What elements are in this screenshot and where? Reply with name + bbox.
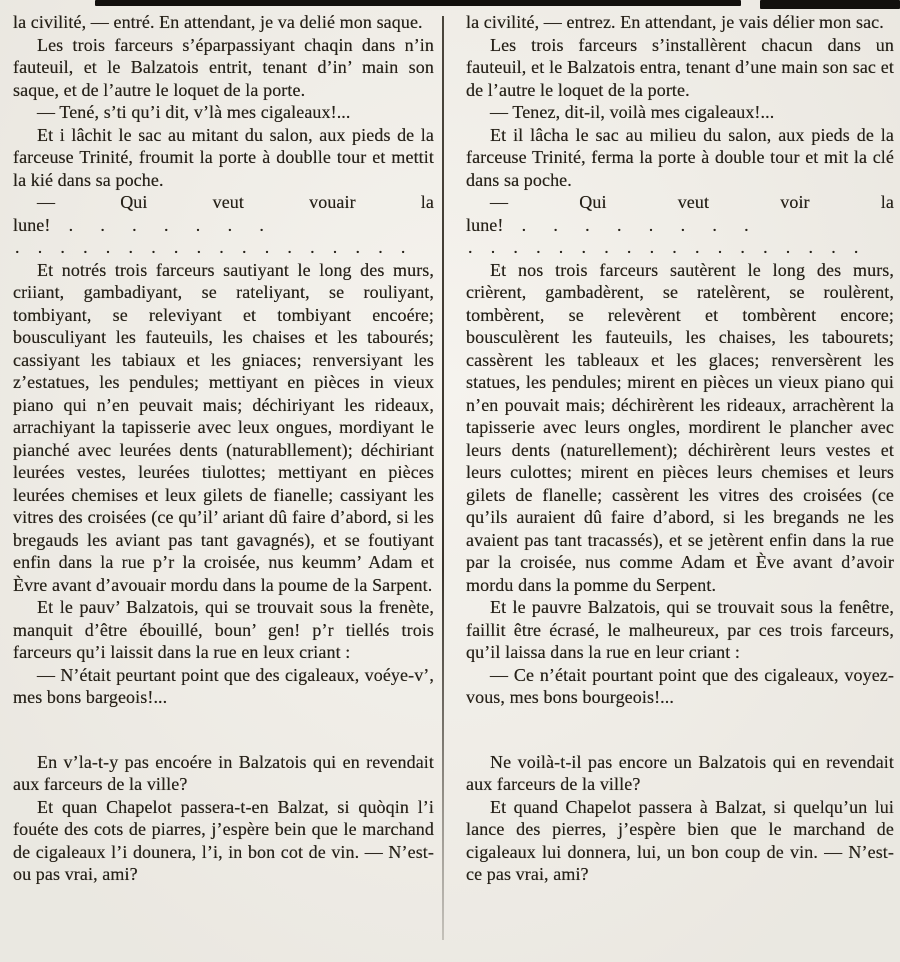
paragraph: Et nos trois farceurs sautèrent le long … xyxy=(466,259,894,597)
paragraph: Et i lâchit le sac au mitant du salon, a… xyxy=(13,124,434,192)
paragraph: — Qui veut vouair la lune! . . . . . . . xyxy=(13,191,434,236)
left-column: la civilité, — entré. En attendant, je v… xyxy=(13,11,434,886)
paragraph: Les trois farceurs s’éparpassiyant chaqi… xyxy=(13,34,434,102)
paragraph: Et le pauv’ Balzatois, qui se trouvait s… xyxy=(13,596,434,664)
paragraph: — Tenez, dit-il, voilà mes cigaleaux!... xyxy=(466,101,894,124)
paragraph: Et il lâcha le sac au milieu du salon, a… xyxy=(466,124,894,192)
page-top-ink-band xyxy=(95,0,741,6)
paragraph: En v’la-t-y pas encoére in Balzatois qui… xyxy=(13,751,434,796)
paragraph: — N’était peurtant point que des cigalea… xyxy=(13,664,434,709)
paragraph: — Ce n’était pourtant point que des ciga… xyxy=(466,664,894,709)
paragraph: Et quan Chapelot passera-t-en Balzat, si… xyxy=(13,796,434,886)
paragraph: Ne voilà-t-il pas encore un Balzatois qu… xyxy=(466,751,894,796)
paragraph: la civilité, — entré. En attendant, je v… xyxy=(13,11,434,34)
paragraph: la civilité, — entrez. En attendant, je … xyxy=(466,11,894,34)
page-top-ink-band xyxy=(760,0,900,9)
right-column: la civilité, — entrez. En attendant, je … xyxy=(466,11,894,886)
paragraph: Les trois farceurs s’installèrent chacun… xyxy=(466,34,894,102)
paragraph: Et quand Chapelot passera à Balzat, si q… xyxy=(466,796,894,886)
paragraph: Et le pauvre Balzatois, qui se trouvait … xyxy=(466,596,894,664)
ellipsis-row: . . . . . . . . . . . . . . . . . . xyxy=(13,236,434,259)
ellipsis-row: . . . . . . . . . . . . . . . . . . xyxy=(466,236,894,259)
paragraph: — Qui veut voir la lune! . . . . . . . . xyxy=(466,191,894,236)
paragraph: — Tené, s’ti qu’i dit, v’là mes cigaleau… xyxy=(13,101,434,124)
text-columns: la civilité, — entré. En attendant, je v… xyxy=(0,11,900,886)
scanned-page: la civilité, — entré. En attendant, je v… xyxy=(0,0,900,962)
paragraph: Et notrés trois farceurs sautiyant le lo… xyxy=(13,259,434,597)
